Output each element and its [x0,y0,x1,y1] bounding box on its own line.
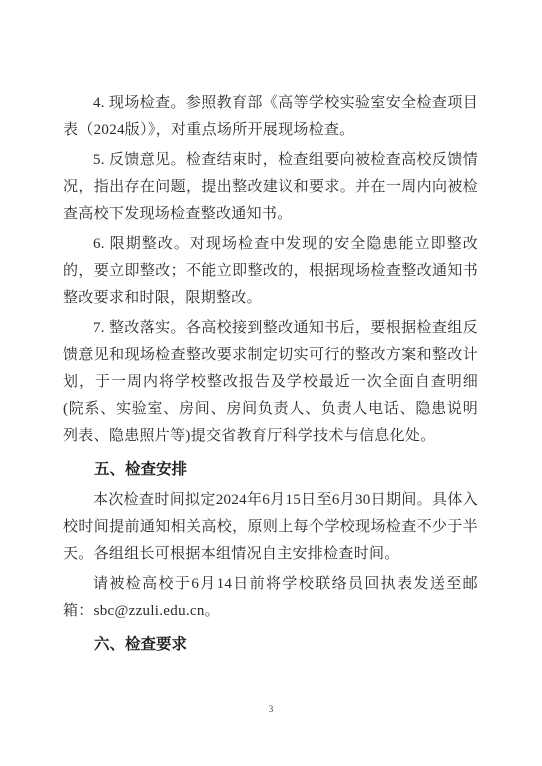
paragraph-7-rectification-implementation: 7. 整改落实。各高校接到整改通知书后，要根据检查组反馈意见和现场检查整改要求制… [63,315,478,450]
document-page: 4. 现场检查。参照教育部《高等学校实验室安全检查项目表（2024版）》，对重点… [0,0,542,766]
page-number: 3 [0,704,542,714]
section-heading-inspection-requirements: 六、检查要求 [63,631,478,658]
paragraph-5-feedback-opinions: 5. 反馈意见。检查结束时，检查组要向被检查高校反馈情况，指出存在问题，提出整改… [63,147,478,228]
paragraph-email-submission: 请被检高校于6月14日前将学校联络员回执表发送至邮箱：sbc@zzuli.edu… [63,571,478,625]
section-heading-inspection-schedule: 五、检查安排 [63,456,478,483]
paragraph-4-onsite-inspection: 4. 现场检查。参照教育部《高等学校实验室安全检查项目表（2024版）》，对重点… [63,90,478,144]
document-body: 4. 现场检查。参照教育部《高等学校实验室安全检查项目表（2024版）》，对重点… [63,90,478,662]
paragraph-schedule-dates: 本次检查时间拟定2024年6月15日至6月30日期间。具体入校时间提前通知相关高… [63,487,478,568]
paragraph-6-deadline-rectification: 6. 限期整改。对现场检查中发现的安全隐患能立即整改的，要立即整改；不能立即整改… [63,231,478,312]
